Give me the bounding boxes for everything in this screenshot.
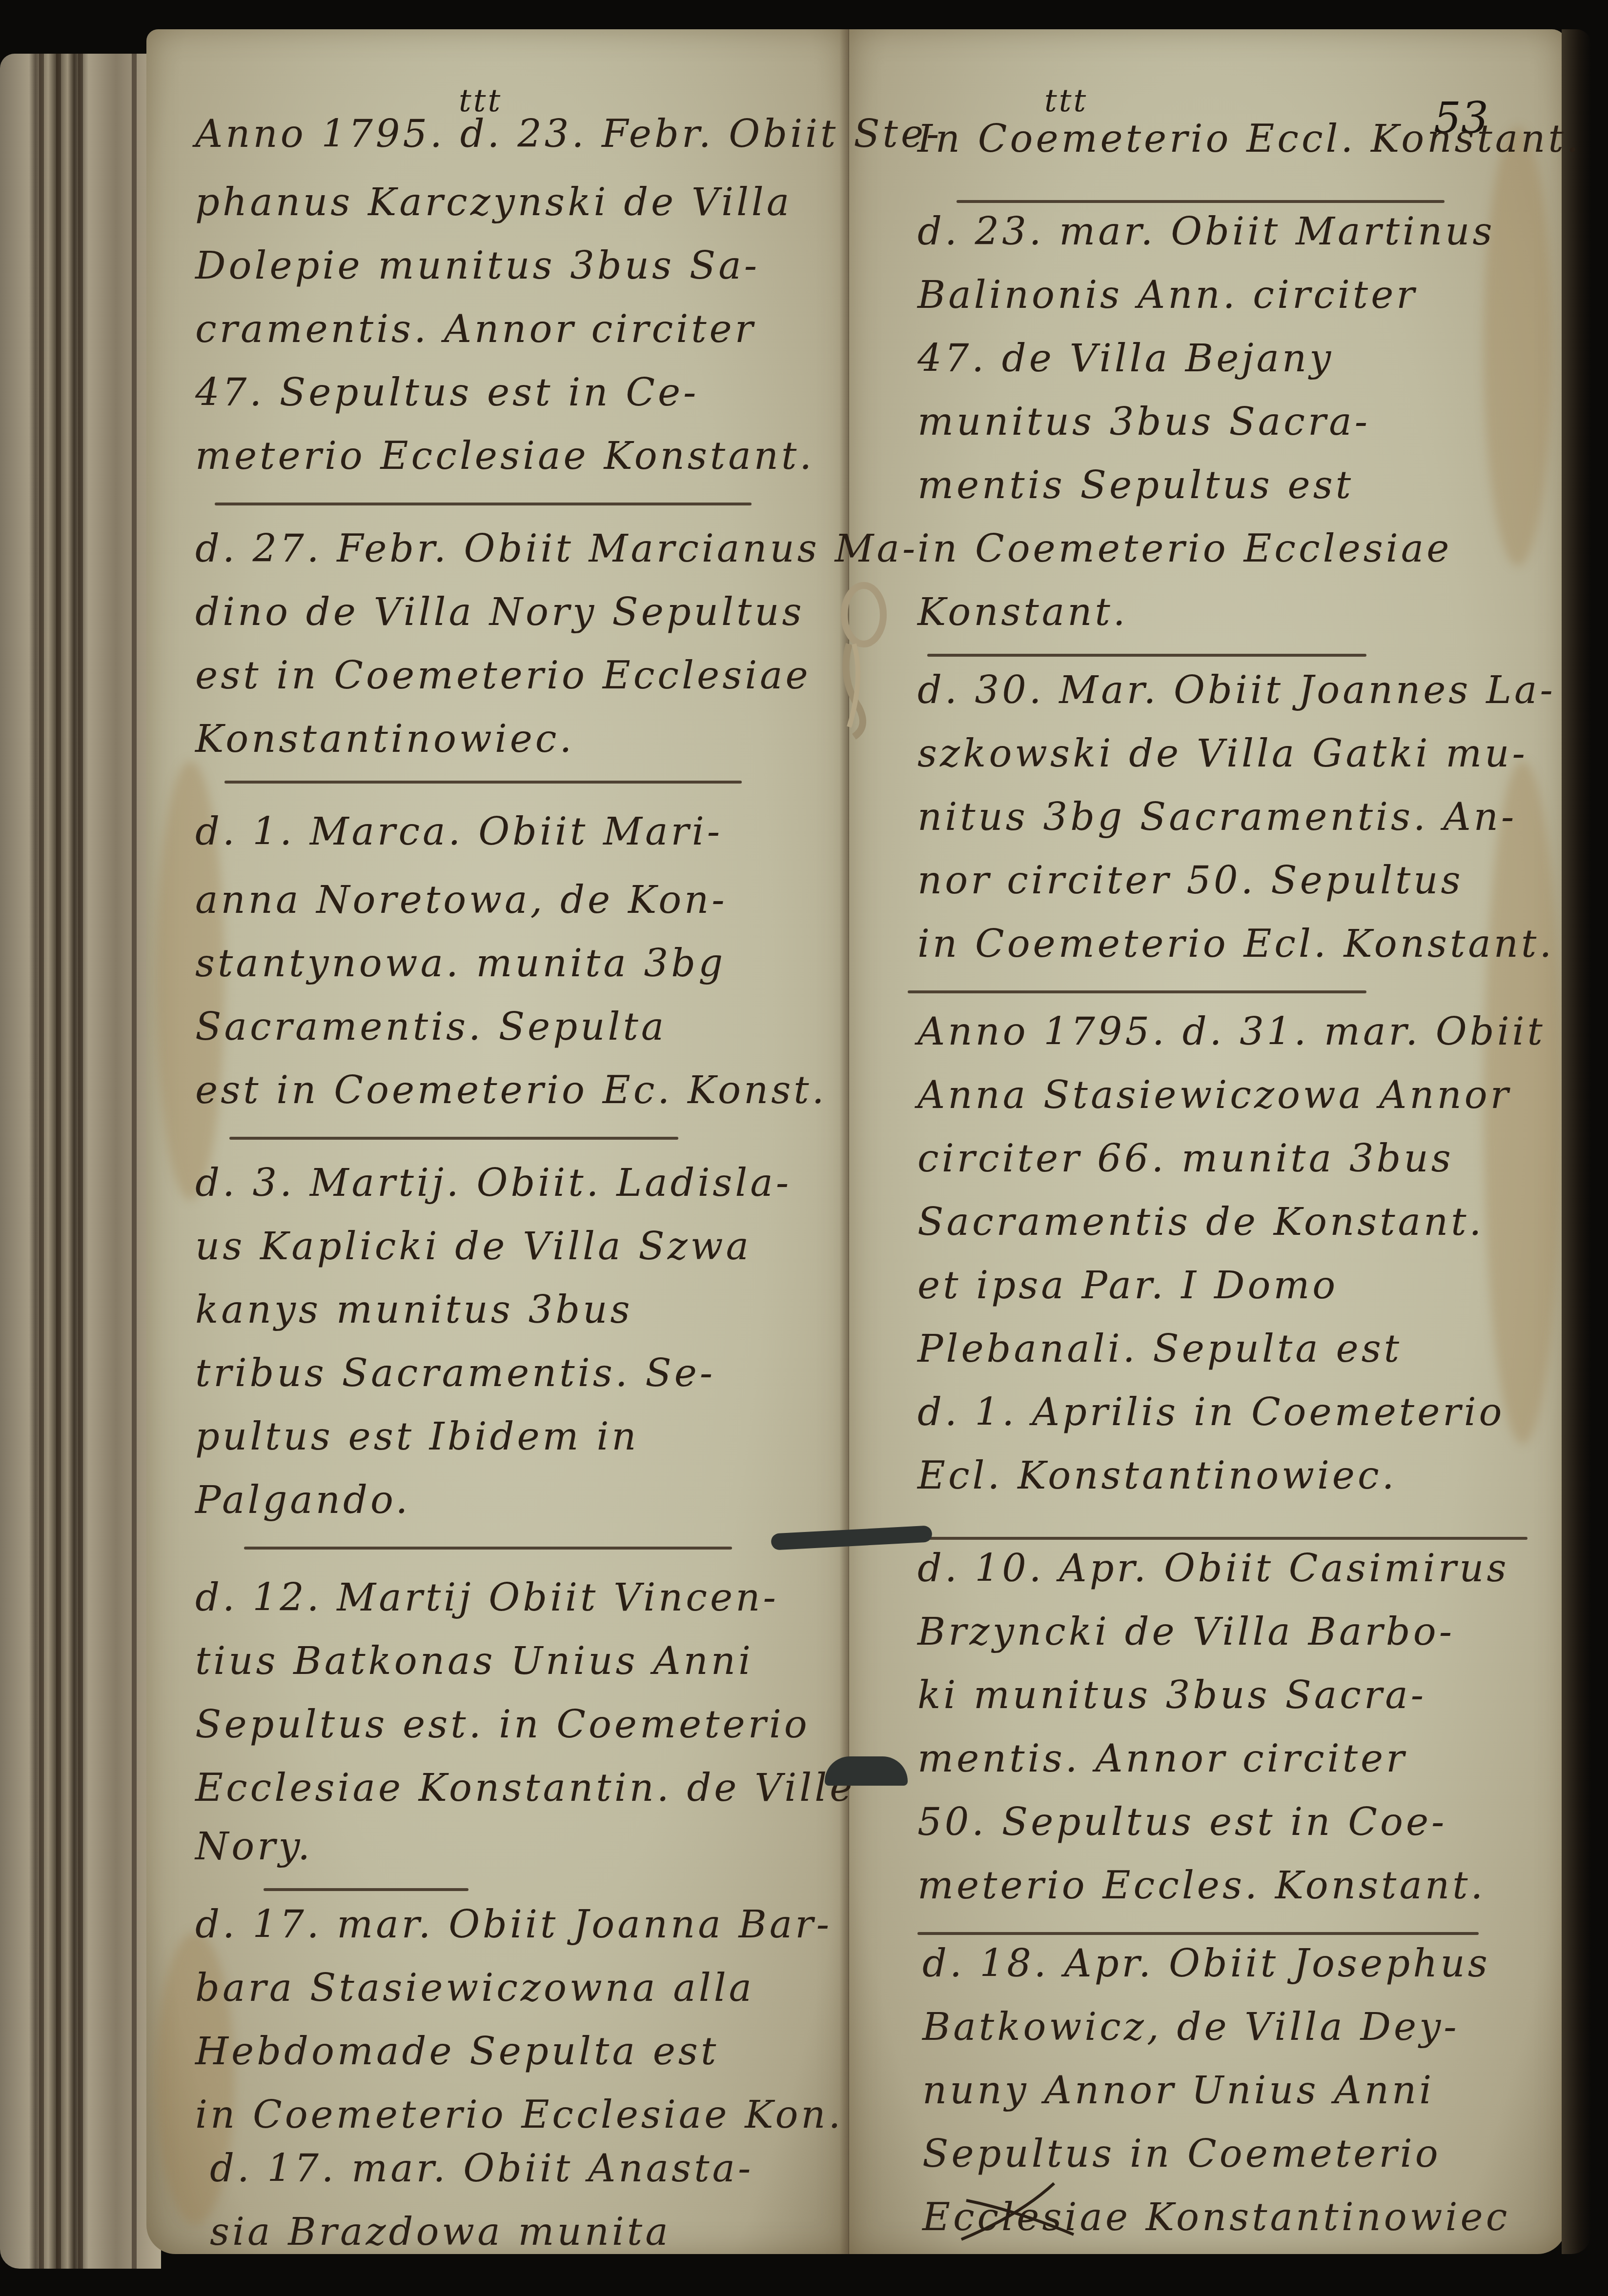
entry-separator-rule [917,1537,1527,1540]
entry-separator-rule [264,1888,468,1891]
manuscript-line: 47. Sepultus est in Ce- [195,371,699,415]
manuscript-line: tribus Sacramentis. Se- [195,1351,715,1395]
manuscript-line: d. 17. mar. Obiit Anasta- [210,2147,753,2191]
end-mark-cross [957,2181,1083,2244]
manuscript-line: Sepultus est. in Coemeterio [195,1703,810,1747]
manuscript-line: d. 3. Martij. Obiit. Ladisla- [195,1161,792,1205]
manuscript-line: d. 17. mar. Obiit Joanna Bar- [195,1903,832,1947]
entry-separator-rule [917,1932,1479,1935]
manuscript-line: Sacramentis de Konstant. [917,1200,1484,1244]
manuscript-line: in Coemeterio Ecclesiae [917,527,1452,571]
manuscript-line: nuny Annor Unius Anni [922,2069,1434,2113]
page-stack-edge [0,54,161,2269]
manuscript-line: dino de Villa Nory Sepultus [195,590,805,634]
entry-separator-rule [908,990,1366,993]
manuscript-line: d. 23. mar. Obiit Martinus [917,210,1495,254]
manuscript-line: Anno 1795. d. 31. mar. Obiit [917,1010,1546,1054]
manuscript-line: d. 12. Martij Obiit Vincen- [195,1576,779,1620]
manuscript-line: anna Noretowa, de Kon- [195,878,728,922]
manuscript-line: d. 30. Mar. Obiit Joannes La- [917,668,1556,712]
manuscript-line: est in Coemeterio Ecclesiae [195,654,811,698]
manuscript-line: Batkowicz, de Villa Dey- [922,2005,1460,2049]
manuscript-line: mentis Sepultus est [917,463,1354,507]
open-register-book: ttt ttt 53 Anno 1795. d. 23. Febr. Obiit… [0,0,1608,2296]
right-header-mark: ttt [1044,83,1088,119]
manuscript-line: d. 1. Marca. Obiit Mari- [195,810,723,854]
manuscript-line: Anna Stasiewiczowa Annor [917,1073,1511,1117]
manuscript-line: szkowski de Villa Gatki mu- [917,732,1528,776]
manuscript-line: in Coemeterio Ecclesiae Kon. [195,2093,843,2137]
manuscript-line: nitus 3bg Sacramentis. An- [917,795,1517,839]
manuscript-line: ki munitus 3bus Sacra- [917,1673,1426,1717]
entry-separator-rule [224,781,742,784]
manuscript-line: Nory. [195,1825,313,1869]
manuscript-line: us Kaplicki de Villa Szwa [195,1225,752,1269]
manuscript-line: mentis. Annor circiter [917,1737,1407,1781]
manuscript-line: kanys munitus 3bus [195,1288,633,1332]
entry-separator-rule [927,654,1366,657]
manuscript-line: Ecl. Konstantinowiec. [917,1454,1397,1498]
manuscript-line: Hebdomade Sepulta est [195,2030,719,2074]
manuscript-line: d. 18. Apr. Obiit Josephus [922,1942,1490,1986]
string-binding-knot [830,581,888,742]
manuscript-line: Dolepie munitus 3bus Sa- [195,244,760,288]
manuscript-line: circiter 66. munita 3bus [917,1137,1454,1181]
manuscript-line: pultus est Ibidem in [195,1415,639,1459]
manuscript-line: stantynowa. munita 3bg [195,942,726,986]
manuscript-line: Balinonis Ann. circiter [917,273,1418,317]
manuscript-line: Sacramentis. Sepulta [195,1005,667,1049]
manuscript-line: 47. de Villa Bejany [917,337,1334,381]
entry-separator-rule [957,200,1445,203]
manuscript-line: munitus 3bus Sacra- [917,400,1370,444]
manuscript-line: nor circiter 50. Sepultus [917,859,1464,903]
manuscript-line: sia Brazdowa munita [210,2210,671,2254]
manuscript-line: 50. Sepultus est in Coe- [917,1800,1447,1844]
entry-separator-rule [244,1547,732,1550]
manuscript-line: d. 1. Aprilis in Coemeterio [917,1390,1505,1434]
manuscript-line: Ecclesiae Konstantin. de Ville [195,1766,855,1810]
manuscript-line: est in Coemeterio Ec. Konst. [195,1068,827,1112]
manuscript-line: Brzyncki de Villa Barbo- [917,1610,1455,1654]
book-right-edge [1562,29,1591,2254]
manuscript-line: d. 10. Apr. Obiit Casimirus [917,1547,1509,1591]
manuscript-line: meterio Ecclesiae Konstant. [195,434,814,478]
manuscript-line: Konstantinowiec. [195,717,574,761]
manuscript-line: Sepultus in Coemeterio [922,2132,1441,2176]
manuscript-line: Anno 1795. d. 23. Febr. Obiit Ste- [195,112,942,156]
manuscript-line: phanus Karczynski de Villa [195,181,792,224]
manuscript-line: d. 27. Febr. Obiit Marcianus Ma- [195,527,918,571]
manuscript-line: meterio Eccles. Konstant. [917,1864,1486,1908]
manuscript-line: in Coemeterio Ecl. Konstant. [917,922,1554,966]
manuscript-line: cramentis. Annor circiter [195,307,756,351]
manuscript-line: Konstant. [917,590,1128,634]
binding-cord-lower [825,1756,908,1786]
manuscript-line: Palgando. [195,1478,410,1522]
manuscript-line: tius Batkonas Unius Anni [195,1639,753,1683]
entry-separator-rule [215,503,752,505]
manuscript-line: bara Stasiewiczowna alla [195,1966,754,2010]
entry-separator-rule [229,1137,678,1140]
manuscript-line: Plebanali. Sepulta est [917,1327,1402,1371]
manuscript-line: et ipsa Par. I Domo [917,1264,1338,1308]
manuscript-line: In Coemeterio Eccl. Konstant. [917,117,1582,161]
